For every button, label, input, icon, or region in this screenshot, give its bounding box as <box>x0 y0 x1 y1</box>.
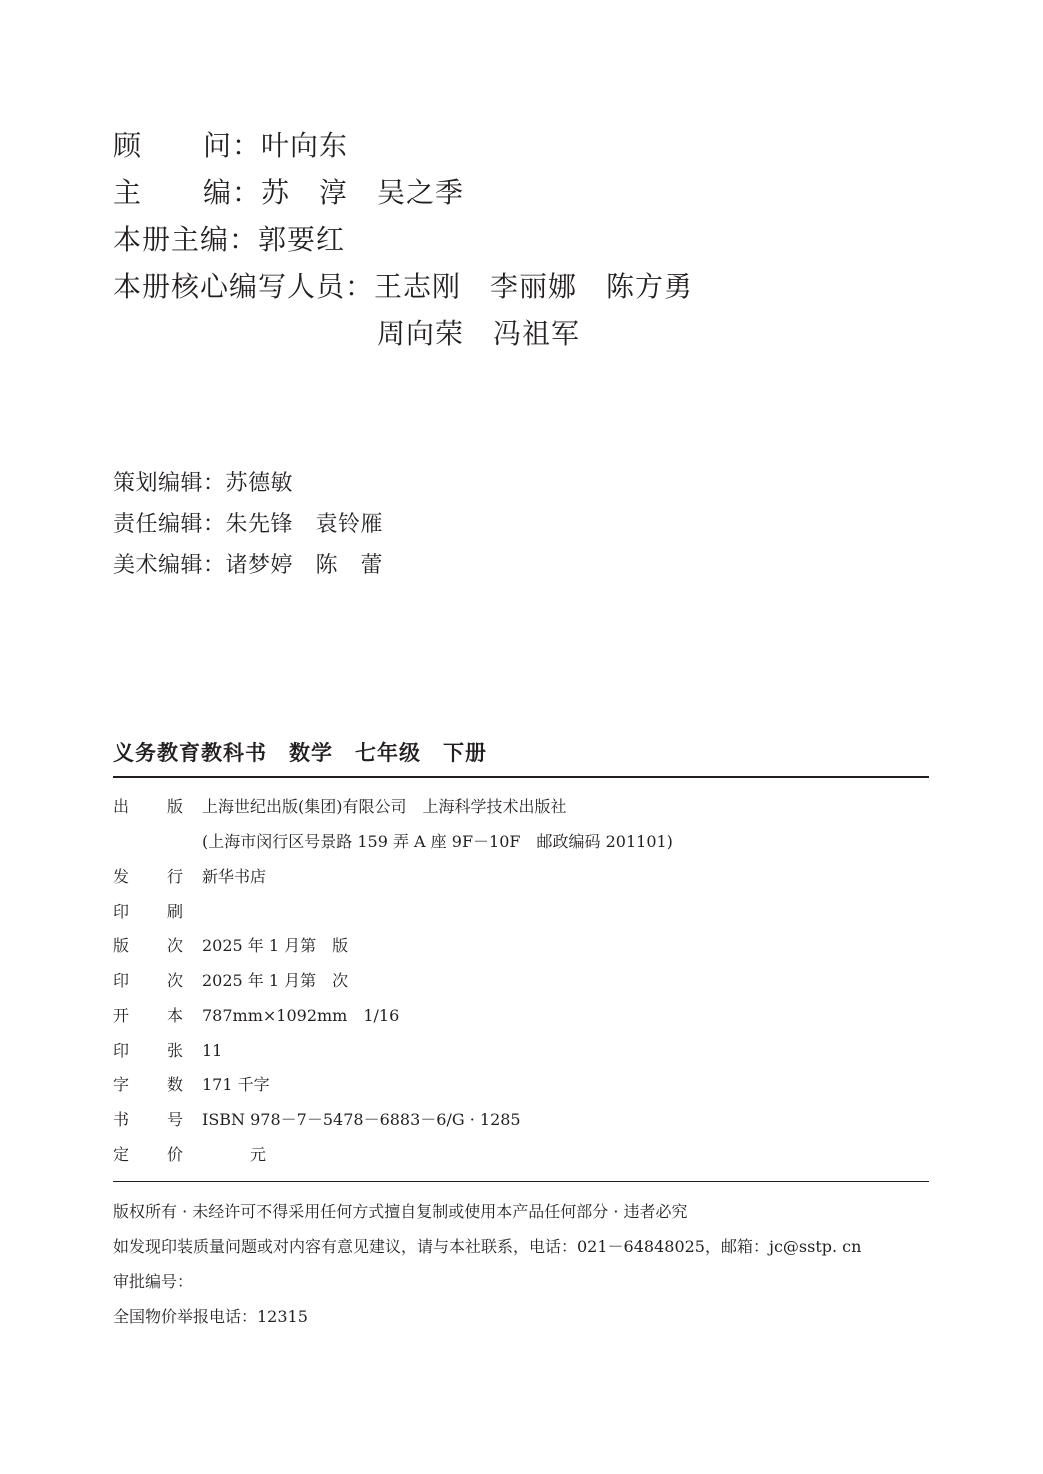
core-writers-label: 本册核心编写人员： <box>113 270 374 303</box>
top-divider <box>113 776 929 778</box>
contact-info: 如发现印装质量问题或对内容有意见建议，请与本社联系，电话：021－6484802… <box>113 1237 861 1257</box>
advisor-line: 顾 <box>113 130 142 162</box>
chief-editor-value: 苏 淳 吴之季 <box>261 176 464 209</box>
responsible-editor-label: 责任编辑： <box>113 512 226 537</box>
art-editor-value: 诸梦婷 陈 蕾 <box>226 553 384 578</box>
art-editor-label: 美术编辑： <box>113 553 226 578</box>
approval-number: 审批编号： <box>113 1272 193 1292</box>
volume-editor-label: 本册主编： <box>113 223 258 256</box>
copyright-notice: 版权所有 · 未经许可不得采用任何方式擅自复制或使用本产品任何部分 · 违者必究 <box>113 1202 688 1222</box>
core-writers-line: 本册核心编写人员：王志刚 李丽娜 陈方勇 <box>113 271 693 303</box>
chief-editor-label-b: 编： <box>203 176 261 209</box>
advisor-value: 叶向东 <box>261 129 348 162</box>
art-editor-line: 美术编辑：诸梦婷 陈 蕾 <box>113 553 383 579</box>
chief-editor-line: 编：苏 淳 吴之季 <box>203 177 464 209</box>
core-writers-line2: 周向荣 冯祖军 <box>377 318 580 350</box>
planning-editor-label: 策划编辑： <box>113 471 226 496</box>
price-hotline: 全国物价举报电话：12315 <box>113 1307 308 1327</box>
book-title: 义务教育教科书 数学 七年级 下册 <box>113 740 487 766</box>
responsible-editor-value: 朱先锋 袁铃雁 <box>226 512 384 537</box>
bottom-divider <box>113 1181 929 1182</box>
volume-editor-value: 郭要红 <box>258 223 345 256</box>
core-writers-line1: 王志刚 李丽娜 陈方勇 <box>374 270 693 303</box>
advisor-label-a: 顾 <box>113 129 142 162</box>
chief-editor-label-a: 主 <box>113 177 142 209</box>
planning-editor-value: 苏德敏 <box>226 471 294 496</box>
volume-editor-line: 本册主编：郭要红 <box>113 224 345 256</box>
planning-editor-line: 策划编辑：苏德敏 <box>113 471 293 497</box>
advisor-label-b: 问：叶向东 <box>203 130 348 162</box>
responsible-editor-line: 责任编辑：朱先锋 袁铃雁 <box>113 512 383 538</box>
